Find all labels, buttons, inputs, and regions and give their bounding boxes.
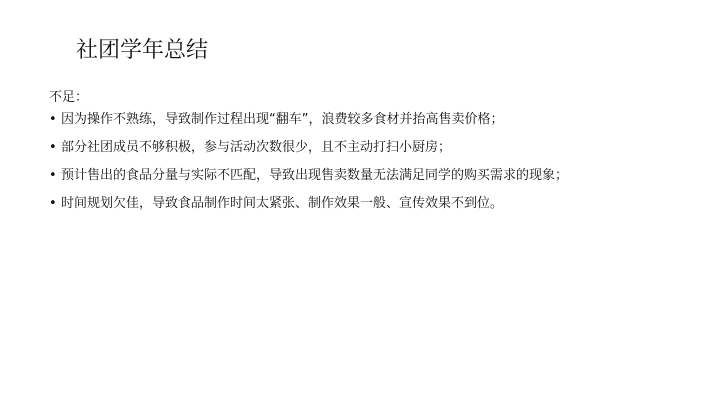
bullet-icon: • xyxy=(49,166,59,186)
bullet-item: • 预计售出的食品分量与实际不匹配，导致出现售卖数量无法满足同学的购买需求的现象… xyxy=(49,166,689,186)
bullet-icon: • xyxy=(49,110,59,130)
bullet-item: • 部分社团成员不够积极，参与活动次数很少，且不主动打扫小厨房； xyxy=(49,138,689,158)
slide-content: 不足： • 因为操作不熟练，导致制作过程出现“翻车”，浪费较多食材并抬高售卖价格… xyxy=(49,88,689,222)
bullet-icon: • xyxy=(49,194,59,214)
bullet-item: • 因为操作不熟练，导致制作过程出现“翻车”，浪费较多食材并抬高售卖价格； xyxy=(49,110,689,130)
bullet-text: 时间规划欠佳，导致食品制作时间太紧张、制作效果一般、宣传效果不到位。 xyxy=(61,196,503,211)
bullet-text: 因为操作不熟练，导致制作过程出现“翻车”，浪费较多食材并抬高售卖价格； xyxy=(61,112,503,127)
slide: 社团学年总结 不足： • 因为操作不熟练，导致制作过程出现“翻车”，浪费较多食材… xyxy=(0,0,720,405)
bullet-list: • 因为操作不熟练，导致制作过程出现“翻车”，浪费较多食材并抬高售卖价格； • … xyxy=(49,110,689,214)
section-label: 不足： xyxy=(49,88,689,110)
slide-title: 社团学年总结 xyxy=(76,36,208,66)
bullet-text: 预计售出的食品分量与实际不匹配，导致出现售卖数量无法满足同学的购买需求的现象； xyxy=(61,168,568,183)
bullet-text: 部分社团成员不够积极，参与活动次数很少，且不主动打扫小厨房； xyxy=(61,140,451,155)
bullet-item: • 时间规划欠佳，导致食品制作时间太紧张、制作效果一般、宣传效果不到位。 xyxy=(49,194,689,214)
bullet-icon: • xyxy=(49,138,59,158)
